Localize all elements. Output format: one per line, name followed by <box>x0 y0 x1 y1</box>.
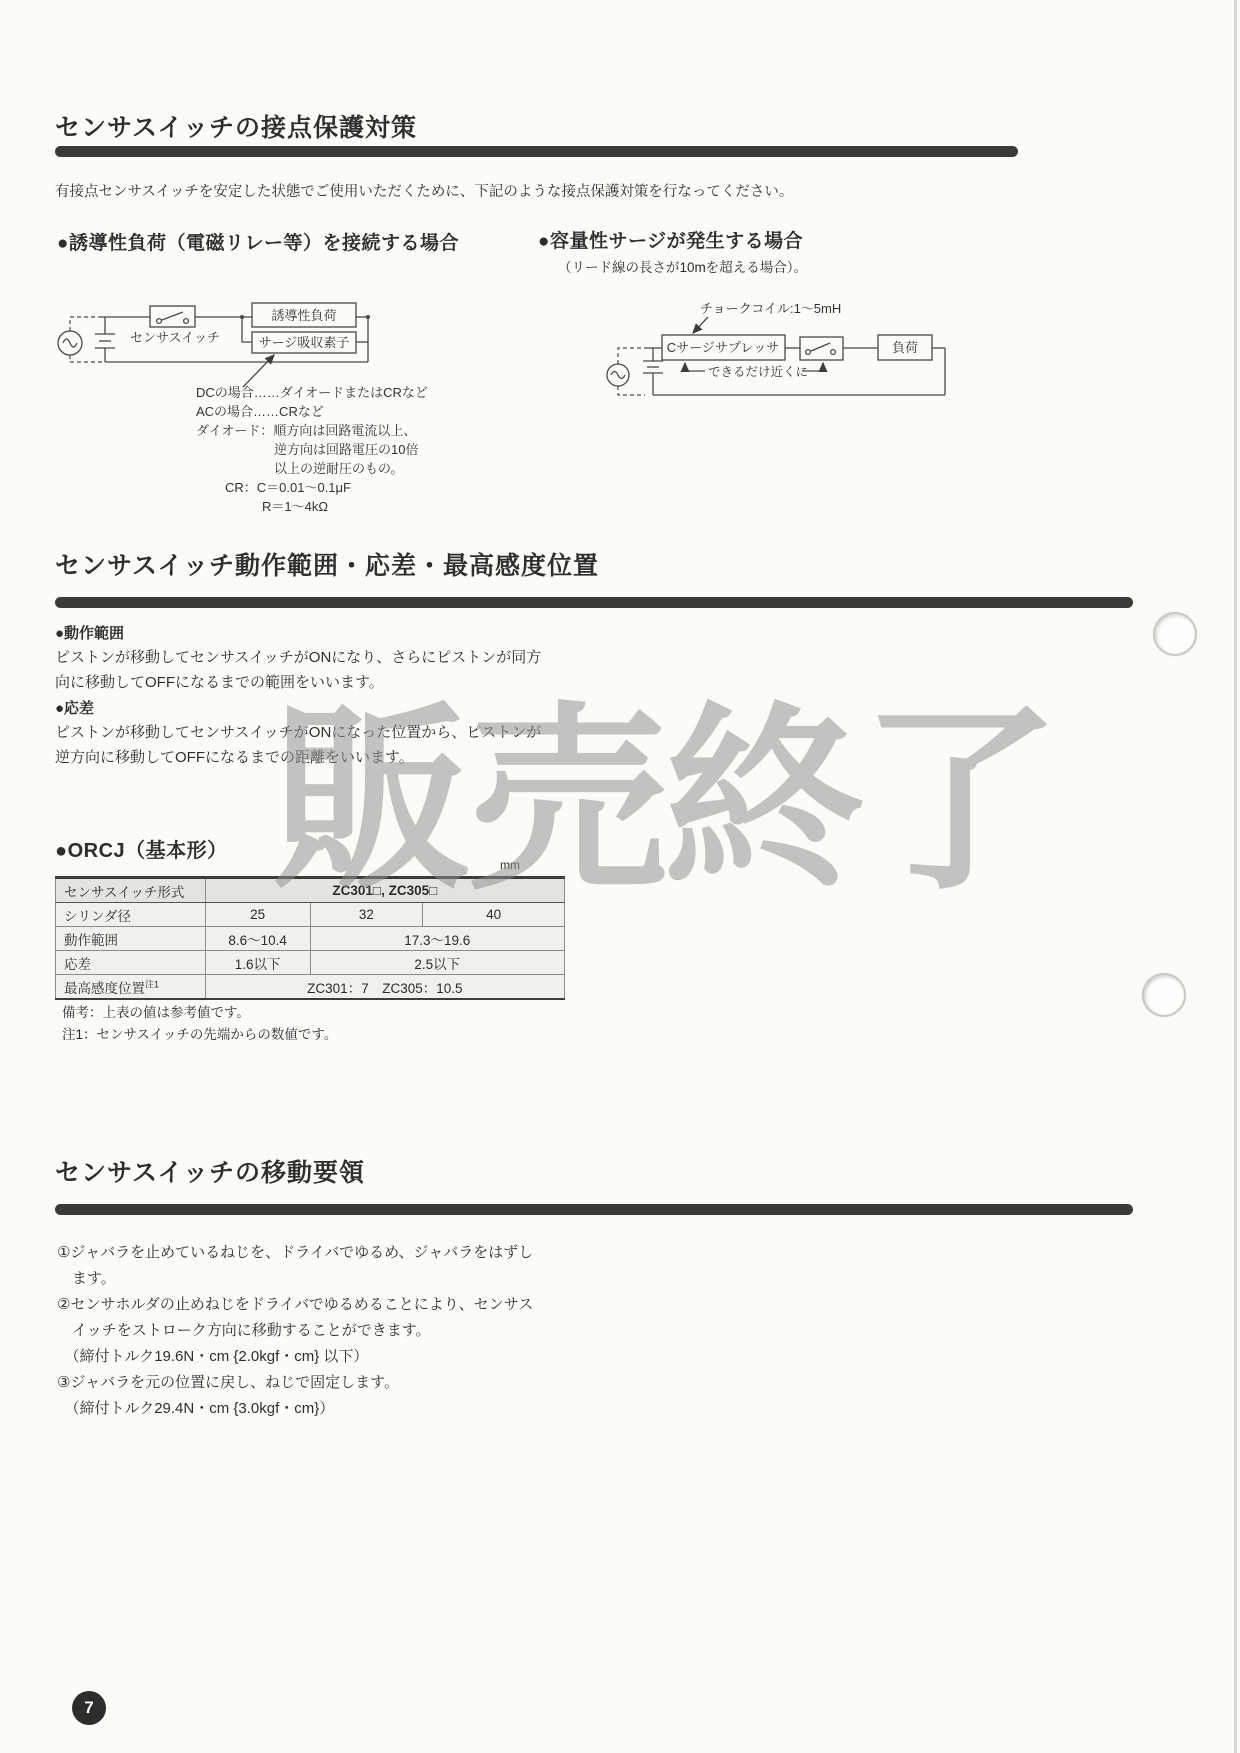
table-row-sensitivity: 最高感度位置注1 ZC301：7 ZC305：10.5 <box>56 975 565 1000</box>
section-title-range: センサスイッチ動作範囲・応差・最高感度位置 <box>55 546 599 582</box>
section-title-moving: センサスイッチの移動要領 <box>55 1153 365 1189</box>
table-cell: センサスイッチ形式 <box>56 878 206 903</box>
section-title-protection: センサスイッチの接点保護対策 <box>55 108 417 144</box>
table-cell: ZC301：7 ZC305：10.5 <box>205 975 564 1000</box>
table-cell: 32 <box>310 903 423 927</box>
hysteresis-heading: ●応差 <box>55 697 94 718</box>
section-rule <box>55 1204 1133 1215</box>
step-line: （締付トルク19.6N・cm {2.0kgf・cm} 以下） <box>57 1344 368 1370</box>
page-number: 7 <box>84 1698 93 1718</box>
step-line: （締付トルク29.4N・cm {3.0kgf・cm}） <box>57 1396 334 1422</box>
switch-box <box>800 337 843 360</box>
punch-hole <box>1142 973 1186 1017</box>
table-cell: 8.6～10.4 <box>205 927 310 951</box>
capacitive-surge-subheading: （リード線の長さが10mを超える場合）。 <box>558 256 807 276</box>
operating-range-line: ピストンが移動してセンサスイッチがONになり、さらにピストンが同方 <box>55 645 541 671</box>
surge-absorber-label: サージ吸収素子 <box>259 335 350 350</box>
table-row-model: センサスイッチ形式 ZC301□, ZC305□ <box>56 878 565 903</box>
hysteresis-line: 逆方向に移動してOFFになるまでの距離をいいます。 <box>55 745 414 771</box>
intro-text: 有接点センサスイッチを安定した状態でご使用いただくために、下記のような接点保護対… <box>55 180 793 201</box>
hysteresis-line: ピストンが移動してセンサスイッチがONになった位置から、ピストンが <box>55 720 541 746</box>
table-cell: 2.5以下 <box>310 951 565 975</box>
surge-notes-line: R＝1～4kΩ <box>262 497 328 517</box>
table-unit-label: mm <box>55 858 520 872</box>
note-reference: 注1 <box>145 979 159 989</box>
surge-notes-line: 逆方向は回路電圧の10倍 <box>274 440 418 460</box>
surge-notes-line: CR：C＝0.01～0.1μF <box>225 478 351 498</box>
section-rule <box>55 597 1133 608</box>
table-cell: 応差 <box>56 951 206 975</box>
load-label: 負荷 <box>892 340 918 355</box>
step-line: ①ジャバラを止めているねじを、ドライバでゆるめ、ジャバラをはずし <box>57 1240 533 1266</box>
page-number-badge: 7 <box>72 1691 106 1725</box>
choke-coil-label: チョークコイル:1～5mH <box>700 301 841 316</box>
orcj-spec-table: センサスイッチ形式 ZC301□, ZC305□ シリンダ径 25 32 40 … <box>55 876 565 1000</box>
step-line: イッチをストローク方向に移動することができます。 <box>57 1318 431 1344</box>
table-cell: 25 <box>205 903 310 927</box>
table-note1: 注1：センサスイッチの先端からの数値です。 <box>62 1023 337 1043</box>
table-cell: 1.6以下 <box>205 951 310 975</box>
table-cell: 動作範囲 <box>56 927 206 951</box>
table-row-range: 動作範囲 8.6～10.4 17.3～19.6 <box>56 927 565 951</box>
sensitivity-label: 最高感度位置 <box>64 981 145 996</box>
operating-range-line: 向に移動してOFFになるまでの範囲をいいます。 <box>55 670 384 696</box>
step-line: ②センサホルダの止めねじをドライバでゆるめることにより、センサス <box>57 1292 533 1318</box>
inductive-load-heading: ●誘導性負荷（電磁リレー等）を接続する場合 <box>57 228 459 255</box>
table-cell: 40 <box>423 903 565 927</box>
datasheet-page: センサスイッチの接点保護対策 有接点センサスイッチを安定した状態でご使用いただく… <box>0 0 1240 1753</box>
as-close-as-possible-label: できるだけ近くに <box>708 365 808 379</box>
table-cell: 最高感度位置注1 <box>56 975 206 1000</box>
section-rule <box>55 146 1018 157</box>
punch-hole <box>1153 612 1197 656</box>
table-cell: シリンダ径 <box>56 903 206 927</box>
surge-notes-line: ダイオード：順方向は回路電流以上、 <box>196 421 416 441</box>
surge-notes-line: ACの場合……CRなど <box>196 402 324 422</box>
table-cell: 17.3～19.6 <box>310 927 565 951</box>
surge-notes-line: 以上の逆耐圧のもの。 <box>274 459 403 479</box>
scan-edge-artifact <box>1234 0 1237 1753</box>
inductive-load-label: 誘導性負荷 <box>271 308 336 323</box>
table-row-bore: シリンダ径 25 32 40 <box>56 903 565 927</box>
capacitive-surge-heading: ●容量性サージが発生する場合 <box>538 226 803 253</box>
surge-suppressor-label: Cサージサプレッサ <box>667 340 779 355</box>
table-cell: ZC301□, ZC305□ <box>205 878 564 903</box>
capacitive-surge-circuit-diagram: チョークコイル:1～5mH Cサージサプレッサ 負荷 できるだけ近くに <box>540 295 990 405</box>
inductive-load-circuit-diagram: センサスイッチ 誘導性負荷 サージ吸収素子 <box>40 290 480 390</box>
table-remark: 備考：上表の値は参考値です。 <box>62 1001 250 1021</box>
operating-range-heading: ●動作範囲 <box>55 622 124 643</box>
surge-notes-line: DCの場合……ダイオードまたはCRなど <box>196 383 428 403</box>
table-row-hysteresis: 応差 1.6以下 2.5以下 <box>56 951 565 975</box>
step-line: ③ジャバラを元の位置に戻し、ねじで固定します。 <box>57 1370 399 1396</box>
sensor-switch-label: センサスイッチ <box>130 330 220 345</box>
step-line: ます。 <box>57 1266 116 1292</box>
